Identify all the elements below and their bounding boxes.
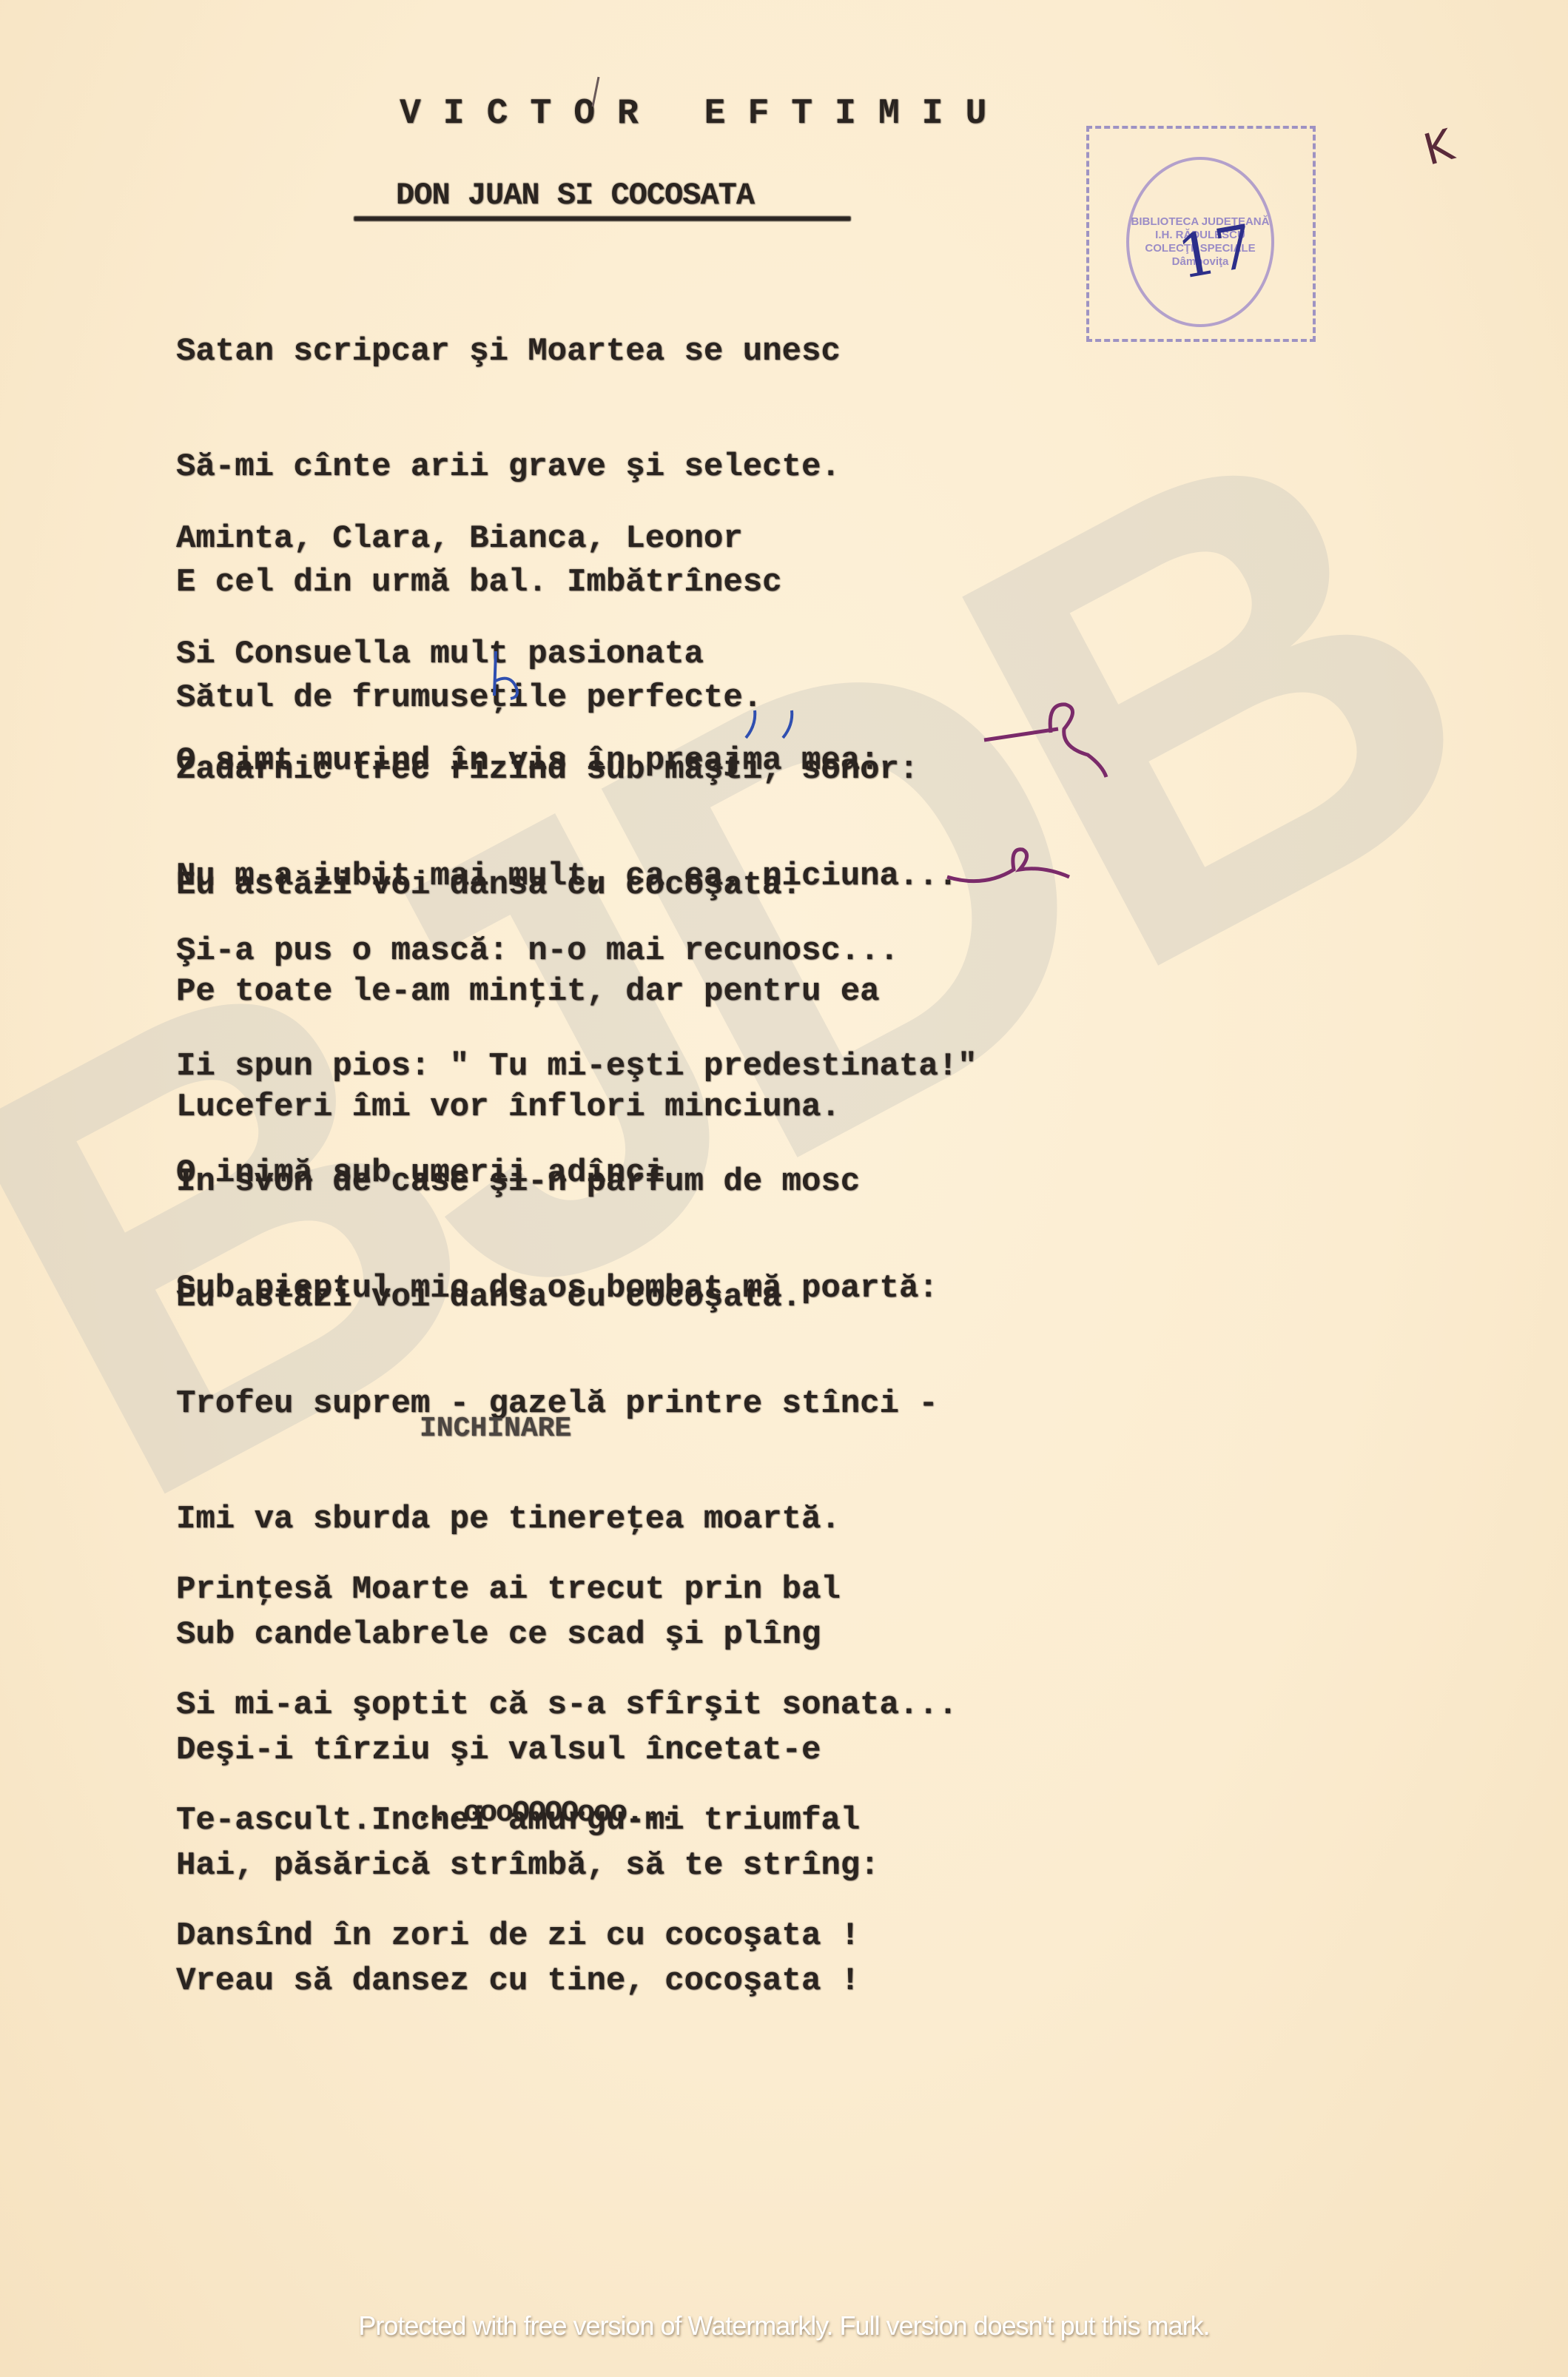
stamp-handwritten-number: 17: [1173, 212, 1259, 292]
verse-line: Şi-a pus o mască: n-o mai recunosc...: [176, 932, 978, 970]
title-underline: [354, 216, 851, 221]
dedication-stanza: Prinţesă Moarte ai trecut prin bal Si mi…: [176, 1493, 958, 2032]
author-name: VICTOR EFTIMIU: [400, 95, 1009, 133]
comma-insert-icon: [740, 707, 762, 744]
verse-line: Prinţesă Moarte ai trecut prin bal: [176, 1570, 958, 1609]
verse-line: Dansînd în zori de zi cu cocoşata !: [176, 1917, 958, 1955]
corner-handwritten-mark: K: [1419, 119, 1458, 175]
document-page: BJDB VICTOR EFTIMIU DON JUAN SI COCOSATA…: [0, 0, 1568, 2377]
library-stamp: BIBLIOTECA JUDEŢEANĂ I.H. RĂDULESCU COLE…: [1086, 126, 1316, 342]
comma-insert-icon: [777, 707, 799, 744]
verse-line: Si mi-ai şoptit că s-a sfîrşit sonata...: [176, 1686, 958, 1724]
verse-line: Satan scripcar şi Moartea se unesc: [176, 332, 841, 371]
verse-line: Aminta, Clara, Bianca, Leonor: [176, 520, 918, 558]
end-ornament: ...oooOOOOooo...: [414, 1795, 675, 1833]
poem-title: DON JUAN SI COCOSATA: [396, 176, 754, 215]
verse-line: Sub pieptul mic de os bombat mă poartă:: [176, 1269, 938, 1308]
accent-mark-icon: [588, 74, 603, 111]
verse-line: O inimă sub umerii adînci: [176, 1154, 938, 1192]
insertion-mark-icon: [481, 644, 533, 710]
watermark-footer: Protected with free version of Watermark…: [0, 2310, 1568, 2341]
delete-mark-icon: [940, 844, 1088, 903]
verse-line: O simt murind în vis în preajma mea:: [176, 742, 958, 780]
dedication-heading: INCHINARE: [420, 1410, 571, 1448]
delete-mark-icon: [977, 696, 1117, 784]
